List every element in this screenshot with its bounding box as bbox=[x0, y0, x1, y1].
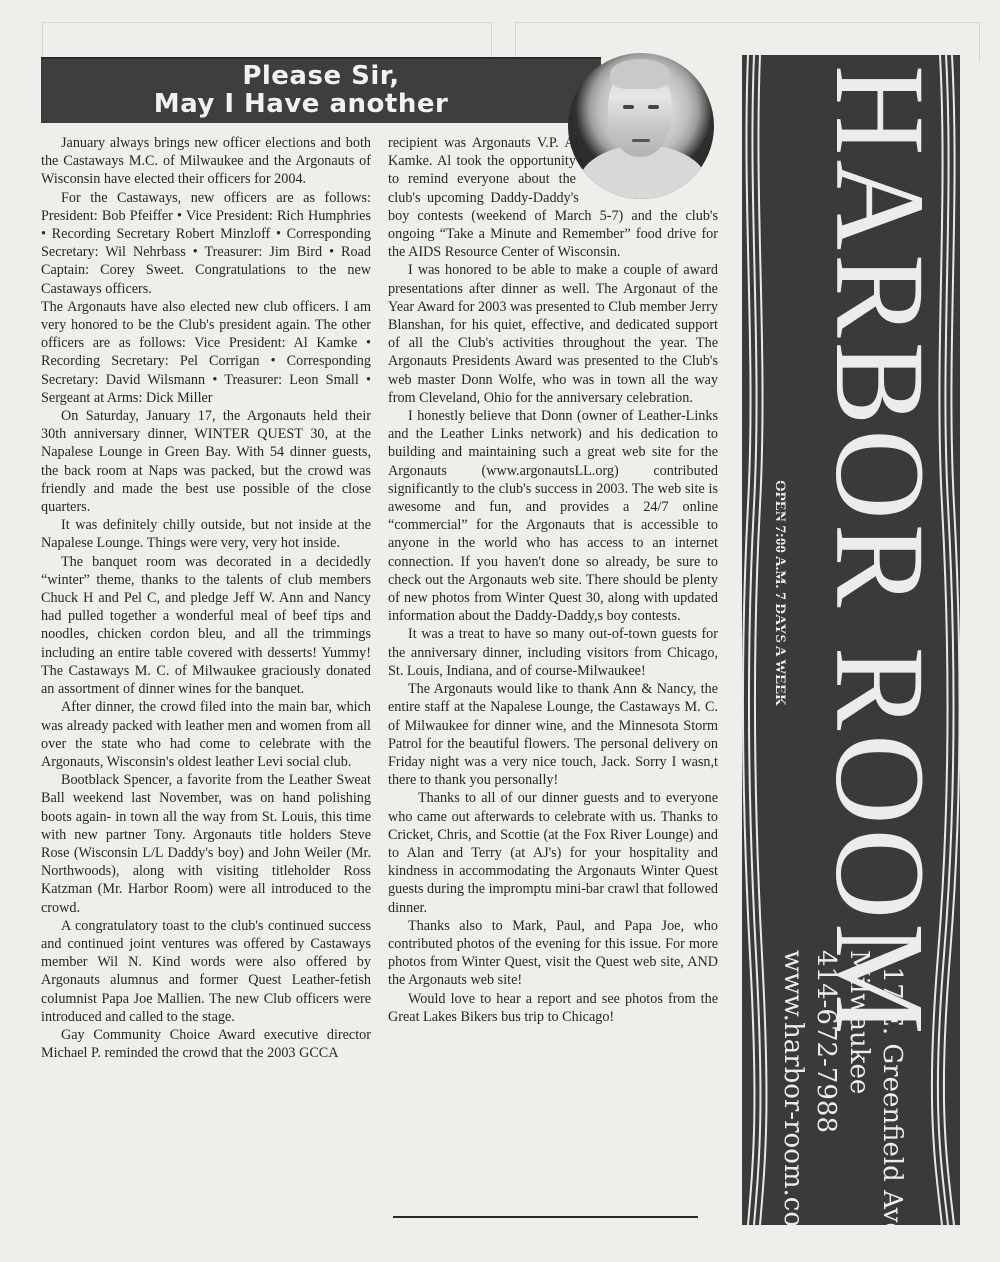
paragraph: For the Castaways, new officers are as f… bbox=[41, 189, 371, 298]
paragraph: The Argonauts would like to thank Ann & … bbox=[388, 680, 718, 789]
wavy-border-left bbox=[742, 55, 772, 1225]
harbor-room-ad: HARBOR ROOM OPEN 7:00 A.M. 7 DAYS A WEEK… bbox=[742, 55, 960, 1225]
paragraph: On Saturday, January 17, the Argonauts h… bbox=[41, 407, 371, 516]
paragraph: January always brings new officer electi… bbox=[41, 134, 371, 189]
headline-line-2: May I Have another bbox=[41, 90, 561, 118]
paragraph: Bootblack Spencer, a favorite from the L… bbox=[41, 771, 371, 917]
paragraph: A congratulatory toast to the club's con… bbox=[41, 917, 371, 1026]
article-column-2: recipient was Argonauts V.P. Al Kamke. A… bbox=[388, 134, 718, 1026]
paragraph: Thanks to all of our dinner guests and t… bbox=[388, 789, 718, 916]
ad-address: 117 E. Greenfield Ave. bbox=[875, 950, 908, 1225]
photo-eye bbox=[623, 105, 634, 109]
bleed-through-frame bbox=[42, 22, 492, 62]
paragraph: Thanks also to Mark, Paul, and Papa Joe,… bbox=[388, 917, 718, 990]
paragraph: It was definitely chilly outside, but no… bbox=[41, 516, 371, 552]
photo-eye bbox=[648, 105, 659, 109]
paragraph: The banquet room was decorated in a deci… bbox=[41, 553, 371, 699]
paragraph: After dinner, the crowd filed into the m… bbox=[41, 698, 371, 771]
ad-website: www.harbor-room.com bbox=[776, 950, 809, 1225]
ad-contact-info: 117 E. Greenfield Ave. Milwaukee 414-672… bbox=[776, 950, 908, 1225]
ad-business-name: HARBOR ROOM bbox=[820, 65, 940, 1039]
ad-city: Milwaukee bbox=[842, 950, 875, 1225]
paragraph: It was a treat to have so many out-of-to… bbox=[388, 625, 718, 680]
newspaper-page: Please Sir, May I Have another January a… bbox=[0, 0, 1000, 1262]
headline-line-1: Please Sir, bbox=[41, 62, 561, 90]
photo-wrap-space bbox=[558, 134, 718, 206]
paragraph: I was honored to be able to make a coupl… bbox=[388, 261, 718, 407]
headline: Please Sir, May I Have another bbox=[41, 57, 561, 123]
ad-phone: 414-672-7988 bbox=[809, 950, 842, 1225]
paragraph: I honestly believe that Donn (owner of L… bbox=[388, 407, 718, 625]
paragraph: The Argonauts have also elected new club… bbox=[41, 298, 371, 407]
ad-hours: OPEN 7:00 A.M. 7 DAYS A WEEK bbox=[772, 480, 788, 706]
paragraph: Would love to hear a report and see phot… bbox=[388, 990, 718, 1026]
article-column-1: January always brings new officer electi… bbox=[41, 134, 371, 1062]
paragraph: Gay Community Choice Award executive dir… bbox=[41, 1026, 371, 1062]
photo-hair bbox=[610, 59, 670, 89]
end-of-article-rule bbox=[393, 1216, 698, 1218]
